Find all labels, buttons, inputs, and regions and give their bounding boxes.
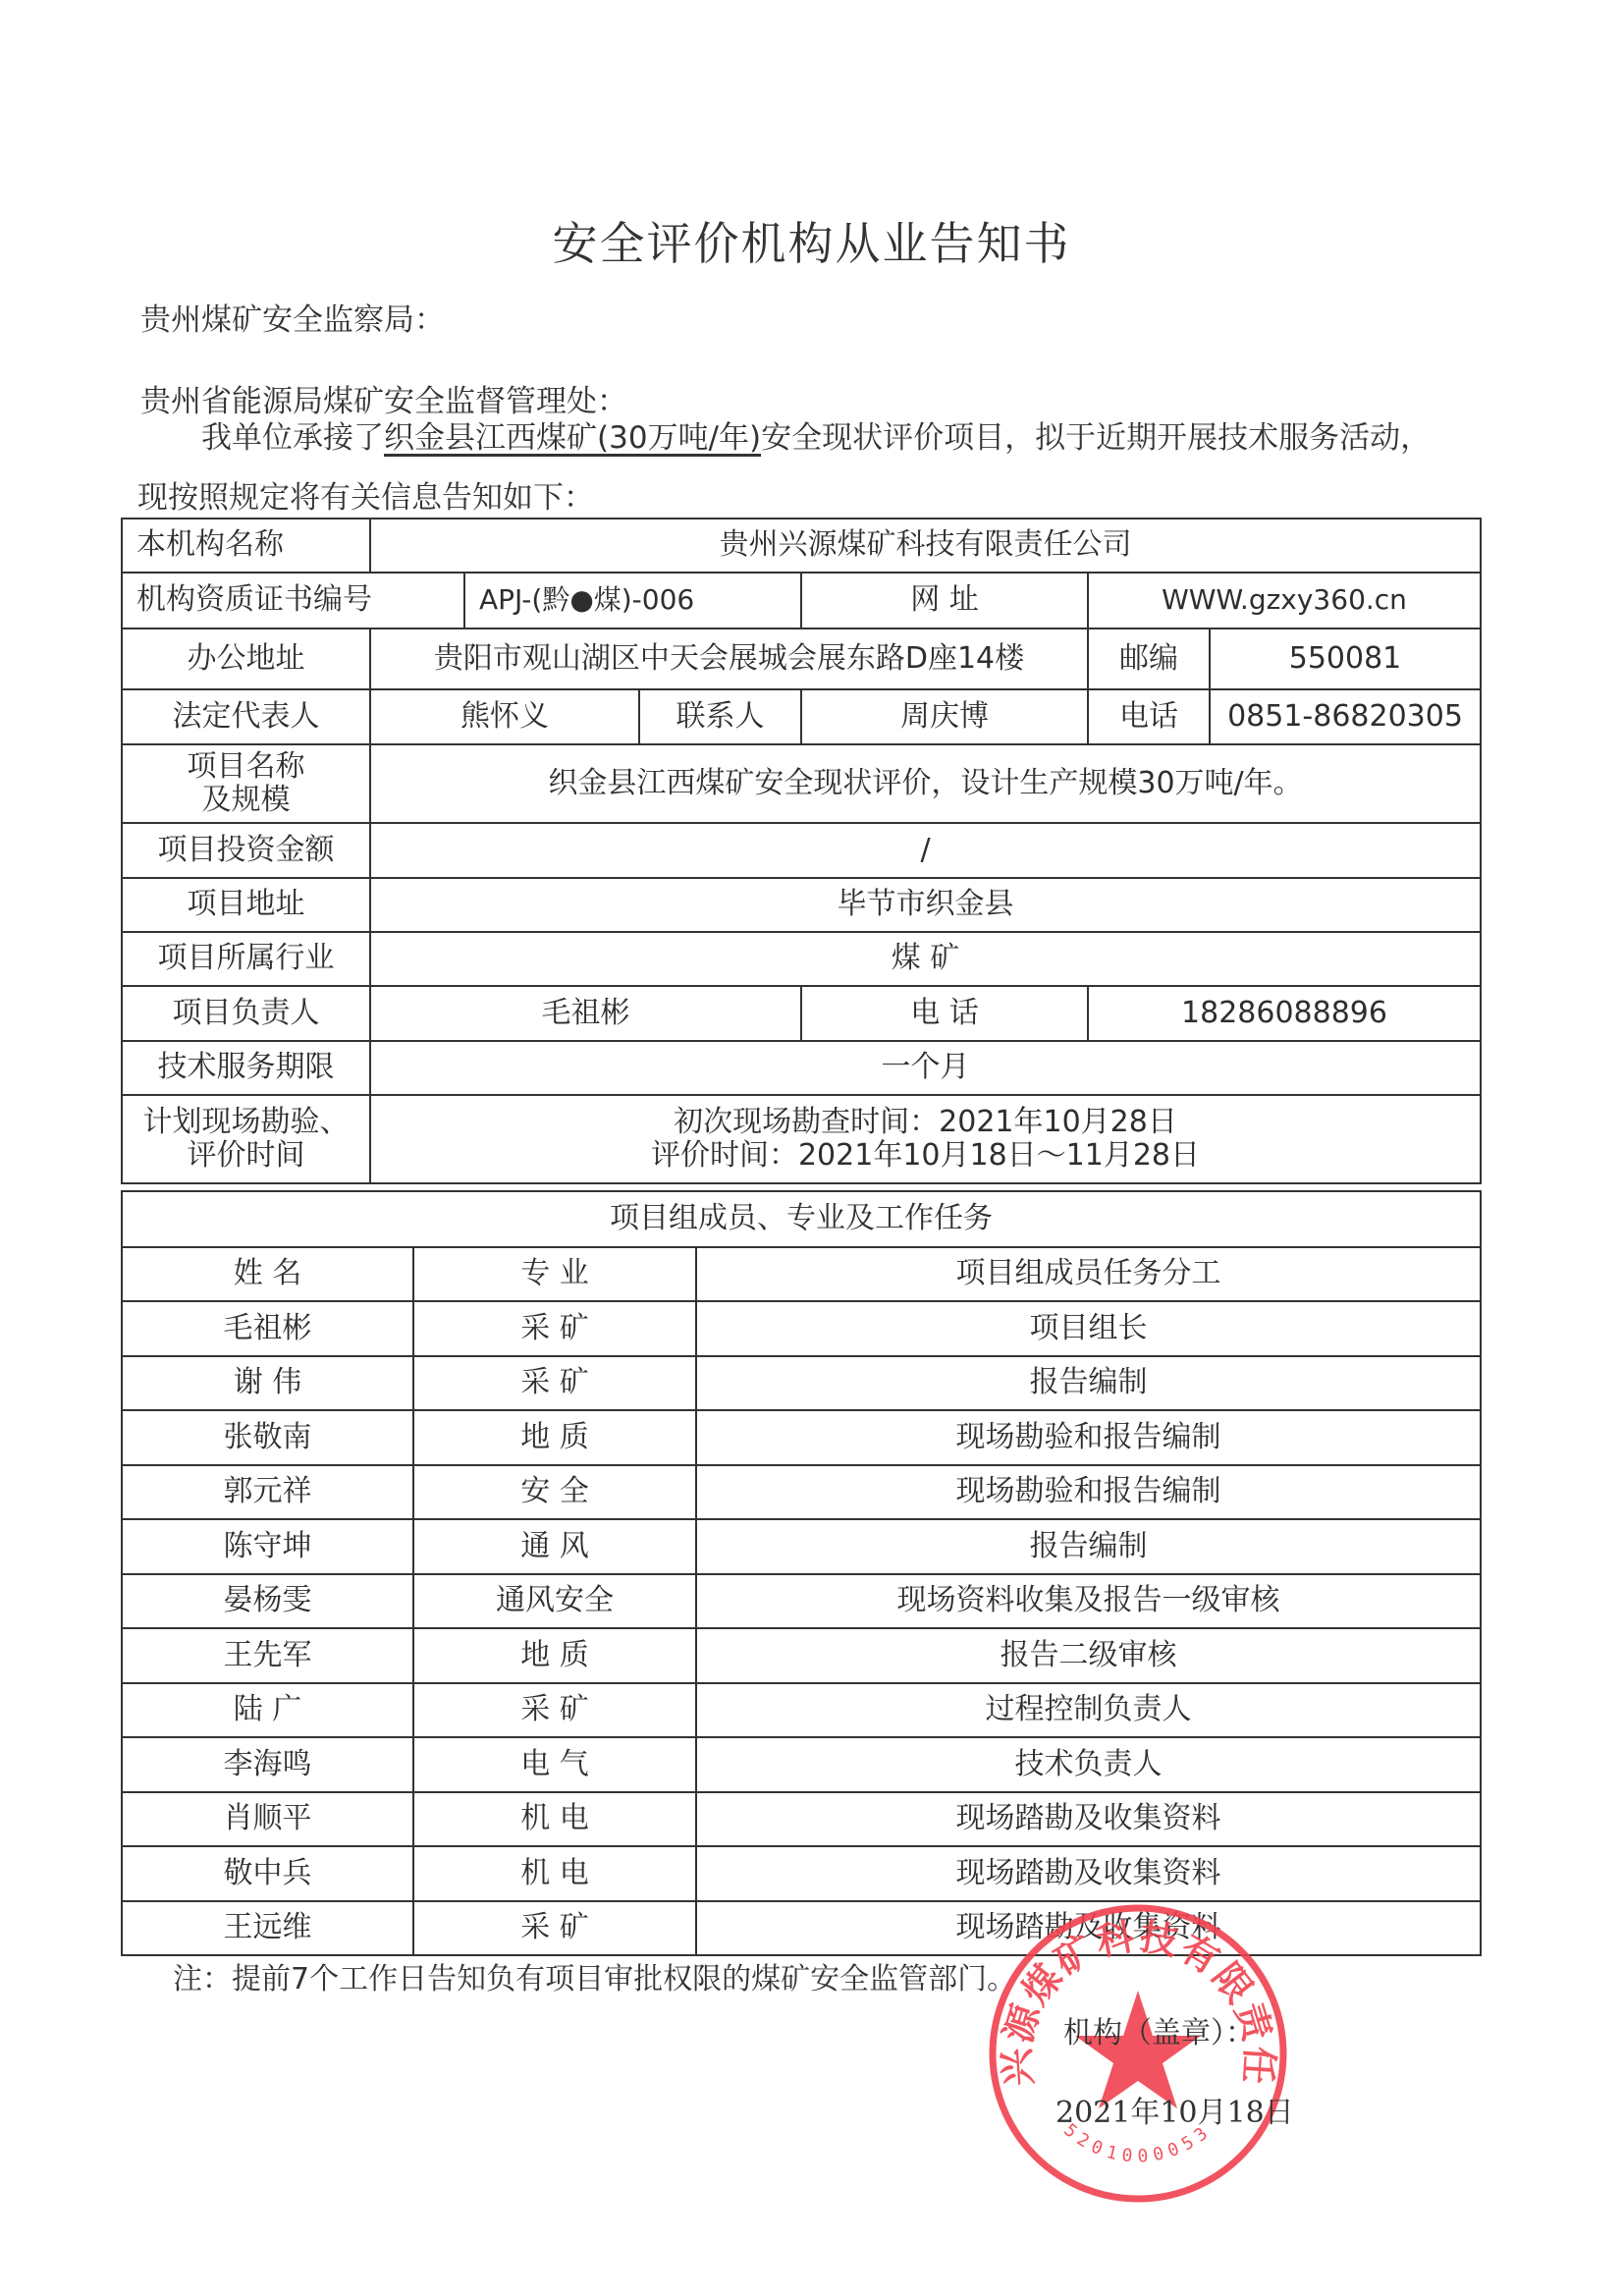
member-name: 张敬南: [122, 1410, 413, 1465]
member-row: 谢 伟采 矿报告编制: [122, 1356, 1481, 1411]
members-section-title: 项目组成员、专业及工作任务: [122, 1191, 1481, 1247]
legal-rep-value: 熊怀义: [370, 689, 639, 744]
row-industry: 项目所属行业 煤 矿: [122, 932, 1481, 986]
member-major: 通 风: [413, 1519, 696, 1574]
row-investment: 项目投资金额 /: [122, 823, 1481, 878]
member-row: 晏杨雯通风安全现场资料收集及报告一级审核: [122, 1574, 1481, 1629]
header-task: 项目组成员任务分工: [696, 1247, 1481, 1301]
row-project-leader: 项目负责人 毛祖彬 电 话 18286088896: [122, 986, 1481, 1041]
row-service-period: 技术服务期限 一个月: [122, 1041, 1481, 1095]
member-row: 王先军地 质报告二级审核: [122, 1628, 1481, 1683]
member-major: 安 全: [413, 1465, 696, 1520]
member-major: 机 电: [413, 1846, 696, 1901]
schedule-evaluation: 评价时间：2021年10月18日～11月28日: [371, 1139, 1480, 1174]
contact-value: 周庆博: [801, 689, 1088, 744]
row-project-address: 项目地址 毕节市织金县: [122, 878, 1481, 932]
member-row: 肖顺平机 电现场踏勘及收集资料: [122, 1792, 1481, 1847]
project-name-label-line-2: 及规模: [123, 784, 369, 818]
row-legal-rep: 法定代表人 熊怀义 联系人 周庆博 电话 0851-86820305: [122, 689, 1481, 744]
row-office: 办公地址 贵阳市观山湖区中天会展城会展东路D座14楼 邮编 550081: [122, 629, 1481, 689]
intro-prefix: 我单位承接了: [201, 420, 384, 456]
members-section-row: 项目组成员、专业及工作任务: [122, 1191, 1481, 1247]
member-name: 肖顺平: [122, 1792, 413, 1847]
member-name: 谢 伟: [122, 1356, 413, 1411]
member-major: 采 矿: [413, 1901, 696, 1956]
project-name-label-line-1: 项目名称: [123, 750, 369, 785]
member-task: 现场资料收集及报告一级审核: [696, 1574, 1481, 1629]
member-name: 敬中兵: [122, 1846, 413, 1901]
member-task: 报告编制: [696, 1519, 1481, 1574]
member-name: 李海鸣: [122, 1737, 413, 1792]
intro-project-name: 织金县江西煤矿(30万吨/年): [384, 420, 761, 456]
org-name-label: 本机构名称: [122, 519, 370, 573]
intro-suffix: 安全现状评价项目，拟于近期开展技术服务活动，: [761, 420, 1431, 456]
header-major: 专 业: [413, 1247, 696, 1301]
schedule-first-survey: 初次现场勘查时间：2021年10月28日: [371, 1106, 1480, 1140]
org-info-table: 本机构名称 贵州兴源煤矿科技有限责任公司 机构资质证书编号 APJ-(黔●煤)-…: [121, 518, 1482, 1184]
member-row: 郭元祥安 全现场勘验和报告编制: [122, 1465, 1481, 1520]
phone-label: 电话: [1088, 689, 1210, 744]
member-task: 现场踏勘及收集资料: [696, 1792, 1481, 1847]
leader-value: 毛祖彬: [370, 986, 801, 1041]
member-major: 机 电: [413, 1792, 696, 1847]
leader-label: 项目负责人: [122, 986, 370, 1041]
member-row: 敬中兵机 电现场踏勘及收集资料: [122, 1846, 1481, 1901]
member-major: 地 质: [413, 1410, 696, 1465]
contact-label: 联系人: [639, 689, 801, 744]
schedule-label: 计划现场勘验、 评价时间: [122, 1095, 370, 1183]
schedule-value: 初次现场勘查时间：2021年10月28日 评价时间：2021年10月18日～11…: [370, 1095, 1481, 1183]
addressee-1: 贵州煤矿安全监察局：: [140, 295, 445, 339]
period-value: 一个月: [370, 1041, 1481, 1095]
leader-phone-value: 18286088896: [1088, 986, 1481, 1041]
row-org-name: 本机构名称 贵州兴源煤矿科技有限责任公司: [122, 519, 1481, 573]
member-name: 毛祖彬: [122, 1301, 413, 1356]
postcode-label: 邮编: [1088, 629, 1210, 689]
row-schedule: 计划现场勘验、 评价时间 初次现场勘查时间：2021年10月28日 评价时间：2…: [122, 1095, 1481, 1183]
member-task: 报告编制: [696, 1356, 1481, 1411]
org-name-value: 贵州兴源煤矿科技有限责任公司: [370, 519, 1481, 573]
member-name: 晏杨雯: [122, 1574, 413, 1629]
member-rows: 毛祖彬采 矿项目组长谢 伟采 矿报告编制张敬南地 质现场勘验和报告编制郭元祥安 …: [122, 1301, 1481, 1955]
postcode-value: 550081: [1210, 629, 1481, 689]
member-major: 采 矿: [413, 1356, 696, 1411]
intro-line-2: 现按照规定将有关信息告知如下：: [137, 472, 594, 517]
member-name: 陆 广: [122, 1683, 413, 1738]
row-cert: 机构资质证书编号 APJ-(黔●煤)-006 网 址 WWW.gzxy360.c…: [122, 573, 1481, 629]
schedule-label-line-1: 计划现场勘验、: [123, 1106, 369, 1140]
member-task: 项目组长: [696, 1301, 1481, 1356]
member-task: 现场勘验和报告编制: [696, 1465, 1481, 1520]
footer-note: 注：提前7个工作日告知负有项目审批权限的煤矿安全监管部门。: [173, 1954, 1016, 1997]
office-label: 办公地址: [122, 629, 370, 689]
member-row: 李海鸣电 气技术负责人: [122, 1737, 1481, 1792]
project-address-label: 项目地址: [122, 878, 370, 932]
member-task: 技术负责人: [696, 1737, 1481, 1792]
signature-date: 2021年10月18日: [1055, 2088, 1294, 2131]
row-project-name: 项目名称 及规模 织金县江西煤矿安全现状评价，设计生产规模30万吨/年。: [122, 744, 1481, 823]
member-row: 张敬南地 质现场勘验和报告编制: [122, 1410, 1481, 1465]
member-row: 毛祖彬采 矿项目组长: [122, 1301, 1481, 1356]
members-header-row: 姓 名 专 业 项目组成员任务分工: [122, 1247, 1481, 1301]
legal-rep-label: 法定代表人: [122, 689, 370, 744]
member-major: 通风安全: [413, 1574, 696, 1629]
member-name: 陈守坤: [122, 1519, 413, 1574]
schedule-label-line-2: 评价时间: [123, 1139, 369, 1174]
member-task: 现场勘验和报告编制: [696, 1410, 1481, 1465]
phone-value: 0851-86820305: [1210, 689, 1481, 744]
member-name: 王远维: [122, 1901, 413, 1956]
member-major: 采 矿: [413, 1683, 696, 1738]
website-label: 网 址: [801, 573, 1088, 629]
members-table: 项目组成员、专业及工作任务 姓 名 专 业 项目组成员任务分工 毛祖彬采 矿项目…: [121, 1190, 1482, 1956]
website-value: WWW.gzxy360.cn: [1088, 573, 1481, 629]
investment-label: 项目投资金额: [122, 823, 370, 878]
industry-value: 煤 矿: [370, 932, 1481, 986]
member-task: 过程控制负责人: [696, 1683, 1481, 1738]
member-major: 采 矿: [413, 1301, 696, 1356]
company-seal-icon: 贵州兴源煤矿科技有限责任公司 5201000053: [985, 1900, 1291, 2207]
leader-phone-label: 电 话: [801, 986, 1088, 1041]
period-label: 技术服务期限: [122, 1041, 370, 1095]
office-address-value: 贵阳市观山湖区中天会展城会展东路D座14楼: [370, 629, 1088, 689]
seal-label: 机构（盖章）：: [1063, 2008, 1255, 2051]
member-name: 郭元祥: [122, 1465, 413, 1520]
cert-label: 机构资质证书编号: [122, 573, 464, 629]
project-address-value: 毕节市织金县: [370, 878, 1481, 932]
investment-value: /: [370, 823, 1481, 878]
project-name-label: 项目名称 及规模: [122, 744, 370, 823]
industry-label: 项目所属行业: [122, 932, 370, 986]
member-task: 现场踏勘及收集资料: [696, 1846, 1481, 1901]
member-major: 地 质: [413, 1628, 696, 1683]
cert-value: APJ-(黔●煤)-006: [464, 573, 801, 629]
member-row: 陆 广采 矿过程控制负责人: [122, 1683, 1481, 1738]
member-row: 陈守坤通 风报告编制: [122, 1519, 1481, 1574]
project-name-value: 织金县江西煤矿安全现状评价，设计生产规模30万吨/年。: [370, 744, 1481, 823]
member-name: 王先军: [122, 1628, 413, 1683]
header-name: 姓 名: [122, 1247, 413, 1301]
member-task: 报告二级审核: [696, 1628, 1481, 1683]
document-title: 安全评价机构从业告知书: [0, 208, 1623, 273]
intro-paragraph: 我单位承接了织金县江西煤矿(30万吨/年)安全现状评价项目，拟于近期开展技术服务…: [201, 412, 1431, 457]
member-major: 电 气: [413, 1737, 696, 1792]
